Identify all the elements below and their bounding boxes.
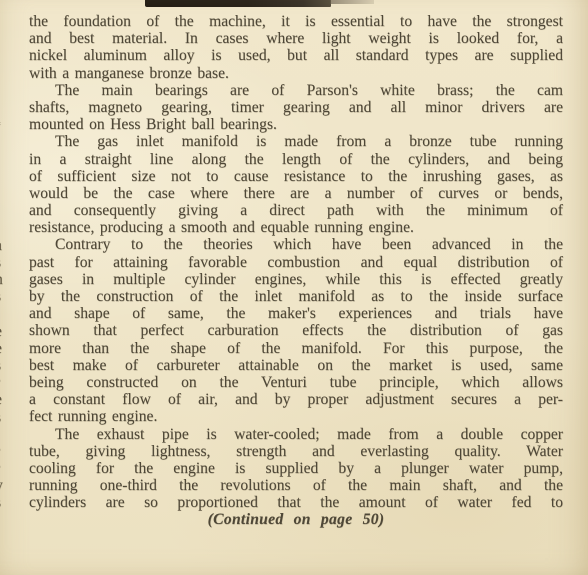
text-line: of sufficient size not to cause resistan…: [29, 168, 563, 185]
text-line: in a straight line along the length of t…: [29, 151, 563, 168]
text-line: The main bearings are of Parson's white …: [29, 82, 563, 99]
photo-bottom-edge: [145, 0, 331, 7]
text-line: resistance, producing a smooth and equab…: [29, 219, 563, 236]
edge-letter-fragment: e: [0, 340, 2, 357]
scanned-book-page: { "page": { "colors": { "paper": "#efe5c…: [0, 0, 588, 575]
text-line: running one-third the revolutions of the…: [29, 477, 563, 494]
text-line: by the construction of the inlet manifol…: [29, 288, 563, 305]
text-line: gases in multiple cylinder engines, whil…: [29, 271, 563, 288]
photo-bottom-edge-fade: [330, 0, 374, 4]
edge-letter-fragment: s: [0, 254, 1, 271]
text-line: best make of carbureter attainable on th…: [29, 357, 563, 374]
text-line: tube, giving lightness, strength and eve…: [29, 443, 563, 460]
text-line: The gas inlet manifold is made from a br…: [29, 133, 563, 150]
text-line: and shape of same, the maker's experienc…: [29, 305, 563, 322]
edge-letter-fragment: e: [0, 391, 2, 408]
text-line: more than the shape of the manifold. For…: [29, 340, 563, 357]
text-line: shown that perfect carburation effects t…: [29, 322, 563, 339]
text-line: would be the case where there are a numb…: [29, 185, 563, 202]
text-line: Contrary to the theories which have been…: [29, 236, 563, 253]
text-line: and consequently giving a direct path wi…: [29, 202, 563, 219]
text-line: nickel aluminum alloy is used, but all s…: [29, 47, 563, 64]
edge-letter-fragment: e: [0, 323, 2, 340]
text-line: past for attaining favorable combustion …: [29, 254, 563, 271]
text-line: and best material. In cases where light …: [29, 30, 563, 47]
continued-note: (Continued on page 50): [29, 511, 563, 528]
edge-letter-fragment: a: [0, 237, 2, 254]
text-line: being constructed on the Venturi tube pr…: [29, 374, 563, 391]
text-line: mounted on Hess Bright ball bearings.: [29, 116, 563, 133]
edge-letter-fragment: y: [0, 477, 3, 494]
text-line: fect running engine.: [29, 408, 563, 425]
text-line: a constant flow of air, and by proper ad…: [29, 391, 563, 408]
text-line: cooling for the engine is supplied by a …: [29, 460, 563, 477]
edge-letter-fragment: s: [0, 357, 1, 374]
edge-letter-fragment: s: [0, 409, 1, 426]
edge-letter-fragment: s: [0, 288, 1, 305]
edge-letter-fragment: n: [0, 271, 3, 288]
text-line: with a manganese bronze base.: [29, 65, 563, 82]
text-line: The exhaust pipe is water-cooled; made f…: [29, 426, 563, 443]
edge-letter-fragment: =: [0, 116, 1, 133]
text-line: the foundation of the machine, it is ess…: [29, 13, 563, 30]
left-edge-fragments: -·--=----·asns,eesresrrys: [0, 0, 12, 575]
text-line: cylinders are so proportioned that the a…: [29, 494, 563, 511]
body-text: the foundation of the machine, it is ess…: [29, 13, 563, 529]
text-line: shafts, magneto gearing, timer gearing a…: [29, 99, 563, 116]
edge-letter-fragment: s: [0, 494, 1, 511]
